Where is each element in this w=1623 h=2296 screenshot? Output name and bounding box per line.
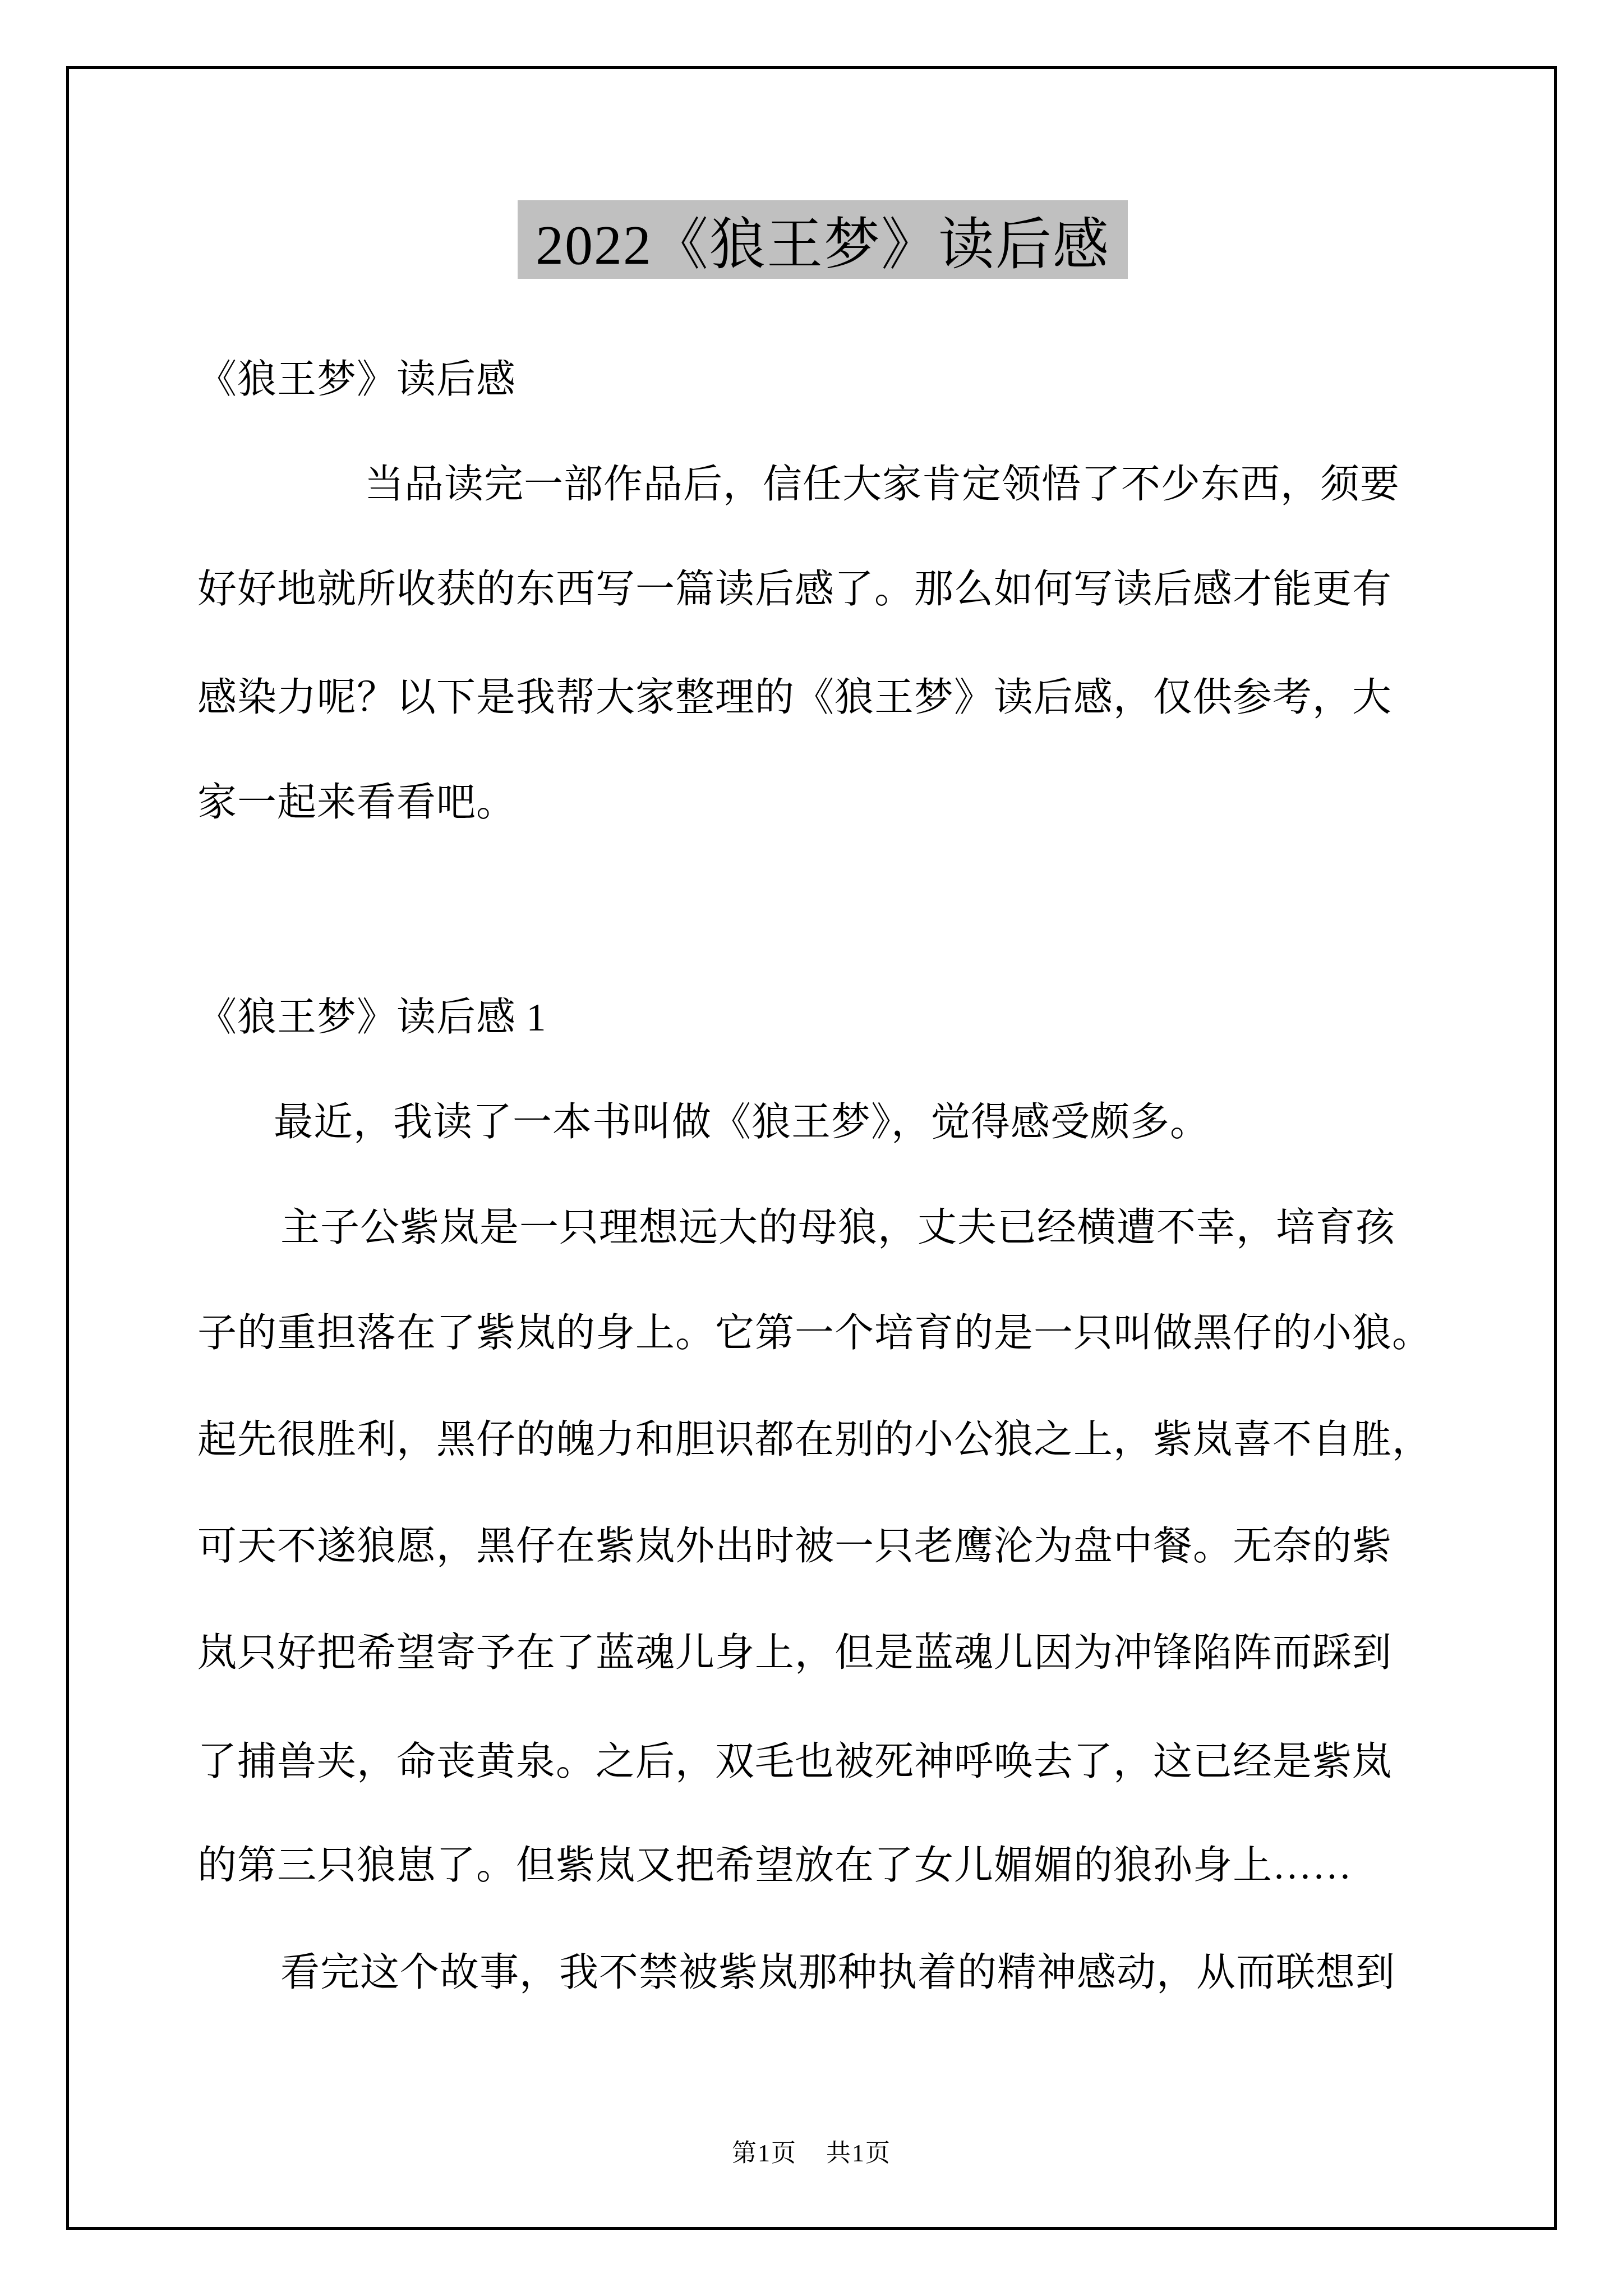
section-heading: 《狼王梦》读后感 1	[197, 996, 547, 1041]
document-title: 2022《狼王梦》读后感	[518, 200, 1128, 279]
footer-page-number: 第1页	[732, 2133, 797, 2169]
paragraph-line: 了捕兽夹，命丧黄泉。之后，双毛也被死神呼唤去了，这已经是紫岚	[197, 1740, 1392, 1785]
paragraph-line: 感染力呢？以下是我帮大家整理的《狼王梦》读后感，仅供参考，大	[197, 676, 1392, 721]
document-page: 2022《狼王梦》读后感 《狼王梦》读后感 当品读完一部作品后，信任大家肯定领悟…	[0, 0, 1623, 2296]
paragraph-line: 可天不遂狼愿，黑仔在紫岚外出时被一只老鹰沦为盘中餐。无奈的紫	[197, 1525, 1392, 1570]
paragraph-line: 岚只好把希望寄予在了蓝魂儿身上，但是蓝魂儿因为冲锋陷阵而踩到	[197, 1631, 1392, 1676]
paragraph-line: 好好地就所收获的东西写一篇读后感了。那么如何写读后感才能更有	[197, 568, 1392, 613]
paragraph-line: 的第三只狼崽了。但紫岚又把希望放在了女儿媚媚的狼孙身上……	[197, 1844, 1352, 1889]
paragraph-line: 当品读完一部作品后，信任大家肯定领悟了不少东西，须要	[365, 463, 1400, 508]
paragraph-line: 看完这个故事，我不禁被紫岚那种执着的精神感动，从而联想到	[280, 1951, 1395, 1996]
paragraph-line: 主子公紫岚是一只理想远大的母狼，丈夫已经横遭不幸，培育孩	[280, 1206, 1395, 1251]
paragraph-line: 起先很胜利，黑仔的魄力和胆识都在别的小公狼之上，紫岚喜不自胜，	[197, 1418, 1432, 1463]
doc-subtitle: 《狼王梦》读后感	[197, 358, 516, 403]
paragraph-line: 家一起来看看吧。	[197, 781, 516, 826]
paragraph-line: 子的重担落在了紫岚的身上。它第一个培育的是一只叫做黑仔的小狼。	[197, 1312, 1432, 1356]
page-footer: 第1页 共1页	[0, 2133, 1623, 2169]
footer-total-pages: 共1页	[826, 2133, 891, 2169]
paragraph-line: 最近，我读了一本书叫做《狼王梦》，觉得感受颇多。	[274, 1101, 1210, 1145]
